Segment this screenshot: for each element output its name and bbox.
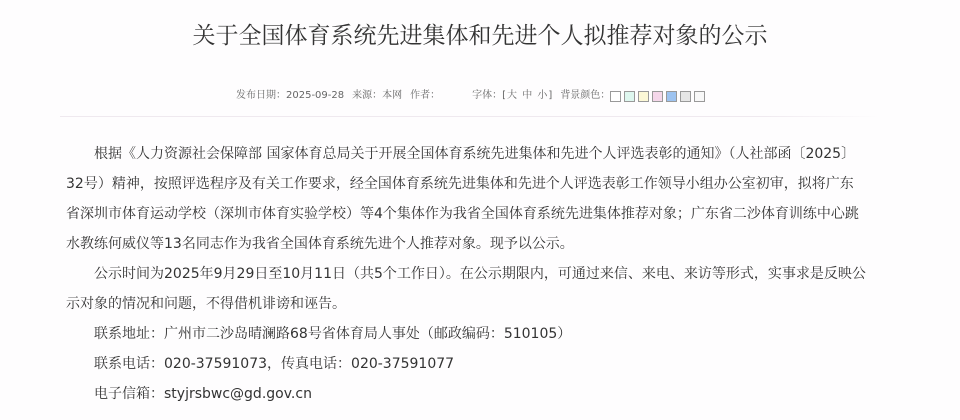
font-size-control: 字体：[大 中 小] [472, 88, 552, 104]
bg-color-swatches [610, 91, 705, 102]
contact-phone: 联系电话：020-37591073，传真电话：020-37591077 [66, 349, 866, 379]
font-large-link[interactable]: 大 [507, 90, 517, 101]
bg-swatch-yellow[interactable] [638, 91, 649, 102]
bg-swatch-white[interactable] [610, 91, 621, 102]
font-small-link[interactable]: 小 [537, 90, 547, 101]
author: 作者： [410, 88, 440, 104]
font-medium-link[interactable]: 中 [522, 90, 532, 101]
source: 来源：本网 [352, 88, 402, 104]
bg-swatch-blue[interactable] [666, 91, 677, 102]
bg-color-label: 背景颜色： [560, 88, 610, 104]
contact-address: 联系地址：广州市二沙岛晴澜路68号省体育局人事处（邮政编码：510105） [66, 319, 866, 349]
publish-date: 发布日期：2025-09-28 [236, 88, 344, 104]
article-meta: 发布日期：2025-09-28 来源：本网 作者： 字体：[大 中 小] 背景颜… [236, 88, 705, 104]
article-title: 关于全国体育系统先进集体和先进个人拟推荐对象的公示 [0, 20, 960, 52]
article-body: 根据《人力资源社会保障部 国家体育总局关于开展全国体育系统先进集体和先进个人评选… [66, 139, 866, 409]
bg-swatch-pink[interactable] [652, 91, 663, 102]
paragraph-period: 公示时间为2025年9月29日至10月11日（共5个工作日）。在公示期限内，可通… [66, 259, 866, 319]
bg-swatch-mint[interactable] [624, 91, 635, 102]
paragraph-basis: 根据《人力资源社会保障部 国家体育总局关于开展全国体育系统先进集体和先进个人评选… [66, 139, 866, 259]
divider [60, 116, 880, 117]
bg-swatch-gray[interactable] [680, 91, 691, 102]
contact-email: 电子信箱：styjrsbwc@gd.gov.cn [66, 379, 866, 409]
bg-swatch-light[interactable] [694, 91, 705, 102]
